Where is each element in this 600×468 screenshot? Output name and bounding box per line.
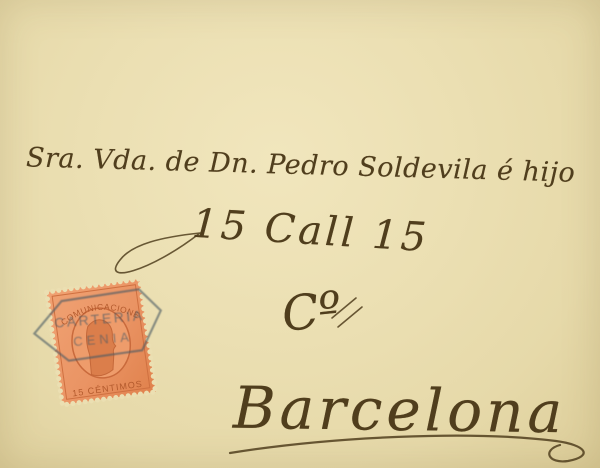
address-line-flourish: Cº bbox=[279, 281, 344, 343]
address-line-city: Barcelona bbox=[233, 374, 567, 447]
address-line-street: 15 Call 15 bbox=[191, 201, 431, 261]
postmark-line2: CENIA bbox=[73, 329, 134, 349]
address-line-recipient: Sra. Vda. de Dn. Pedro Soldevila é hijo bbox=[26, 142, 576, 188]
postmark: CARTERIA CENIA bbox=[27, 280, 170, 374]
envelope-paper: Sra. Vda. de Dn. Pedro Soldevila é hijo … bbox=[0, 0, 600, 468]
postmark-line1: CARTERIA bbox=[53, 307, 145, 331]
flourish-slash-1 bbox=[332, 298, 356, 318]
postmark-art: CARTERIA CENIA bbox=[27, 280, 170, 374]
city-underline-flourish bbox=[230, 436, 584, 462]
street-line-swash bbox=[115, 233, 200, 273]
flourish-slash-2 bbox=[338, 307, 362, 327]
